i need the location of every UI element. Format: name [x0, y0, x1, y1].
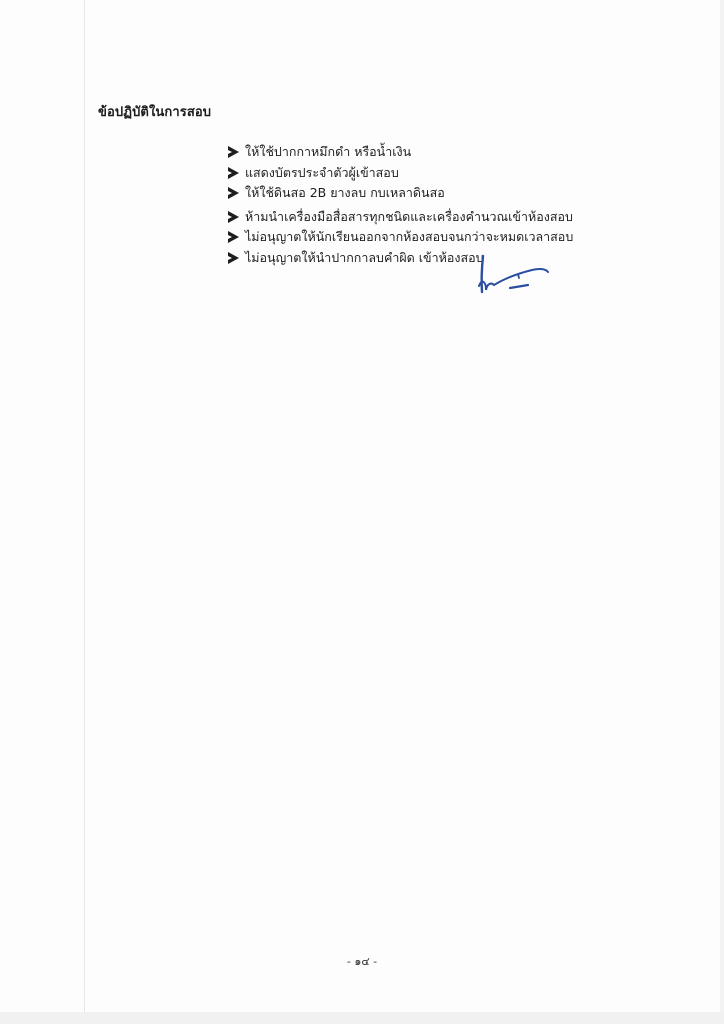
document-page: ข้อปฏิบัติในการสอบ ให้ใช้ปากกาหมึกดำ หรื…: [0, 0, 724, 1012]
scan-bottom-edge: [0, 1012, 724, 1024]
rule-text: ให้ใช้ปากกาหมึกดำ หรือน้ำเงิน: [245, 142, 411, 162]
rule-item: ห้ามนำเครื่องมือสื่อสารทุกชนิดและเครื่อง…: [228, 207, 573, 228]
rule-text: ไม่อนุญาตให้นักเรียนออกจากห้องสอบจนกว่าจ…: [245, 227, 573, 247]
section-heading: ข้อปฏิบัติในการสอบ: [98, 101, 211, 122]
page-edge: [720, 0, 724, 1012]
rule-item: ให้ใช้ปากกาหมึกดำ หรือน้ำเงิน: [228, 142, 573, 163]
arrowhead-bullet-icon: [228, 231, 239, 243]
rule-text: ไม่อนุญาตให้นำปากกาลบคำผิด เข้าห้องสอบ: [245, 248, 484, 268]
arrowhead-bullet-icon: [228, 167, 239, 179]
signature-icon: [474, 252, 556, 296]
rule-text: ให้ใช้ดินสอ 2B ยางลบ กบเหลาดินสอ: [245, 183, 445, 203]
rule-text: ห้ามนำเครื่องมือสื่อสารทุกชนิดและเครื่อง…: [245, 207, 573, 227]
page-number: - ๑๔ -: [0, 952, 724, 970]
rule-item: แสดงบัตรประจำตัวผู้เข้าสอบ: [228, 163, 573, 184]
arrowhead-bullet-icon: [228, 146, 239, 158]
rule-text: แสดงบัตรประจำตัวผู้เข้าสอบ: [245, 163, 399, 183]
binding-margin-line: [84, 0, 85, 1012]
arrowhead-bullet-icon: [228, 252, 239, 264]
arrowhead-bullet-icon: [228, 187, 239, 199]
arrowhead-bullet-icon: [228, 211, 239, 223]
exam-rules-list: ให้ใช้ปากกาหมึกดำ หรือน้ำเงิน แสดงบัตรปร…: [228, 142, 573, 268]
rule-item: ให้ใช้ดินสอ 2B ยางลบ กบเหลาดินสอ: [228, 183, 573, 204]
rule-item: ไม่อนุญาตให้นักเรียนออกจากห้องสอบจนกว่าจ…: [228, 227, 573, 248]
